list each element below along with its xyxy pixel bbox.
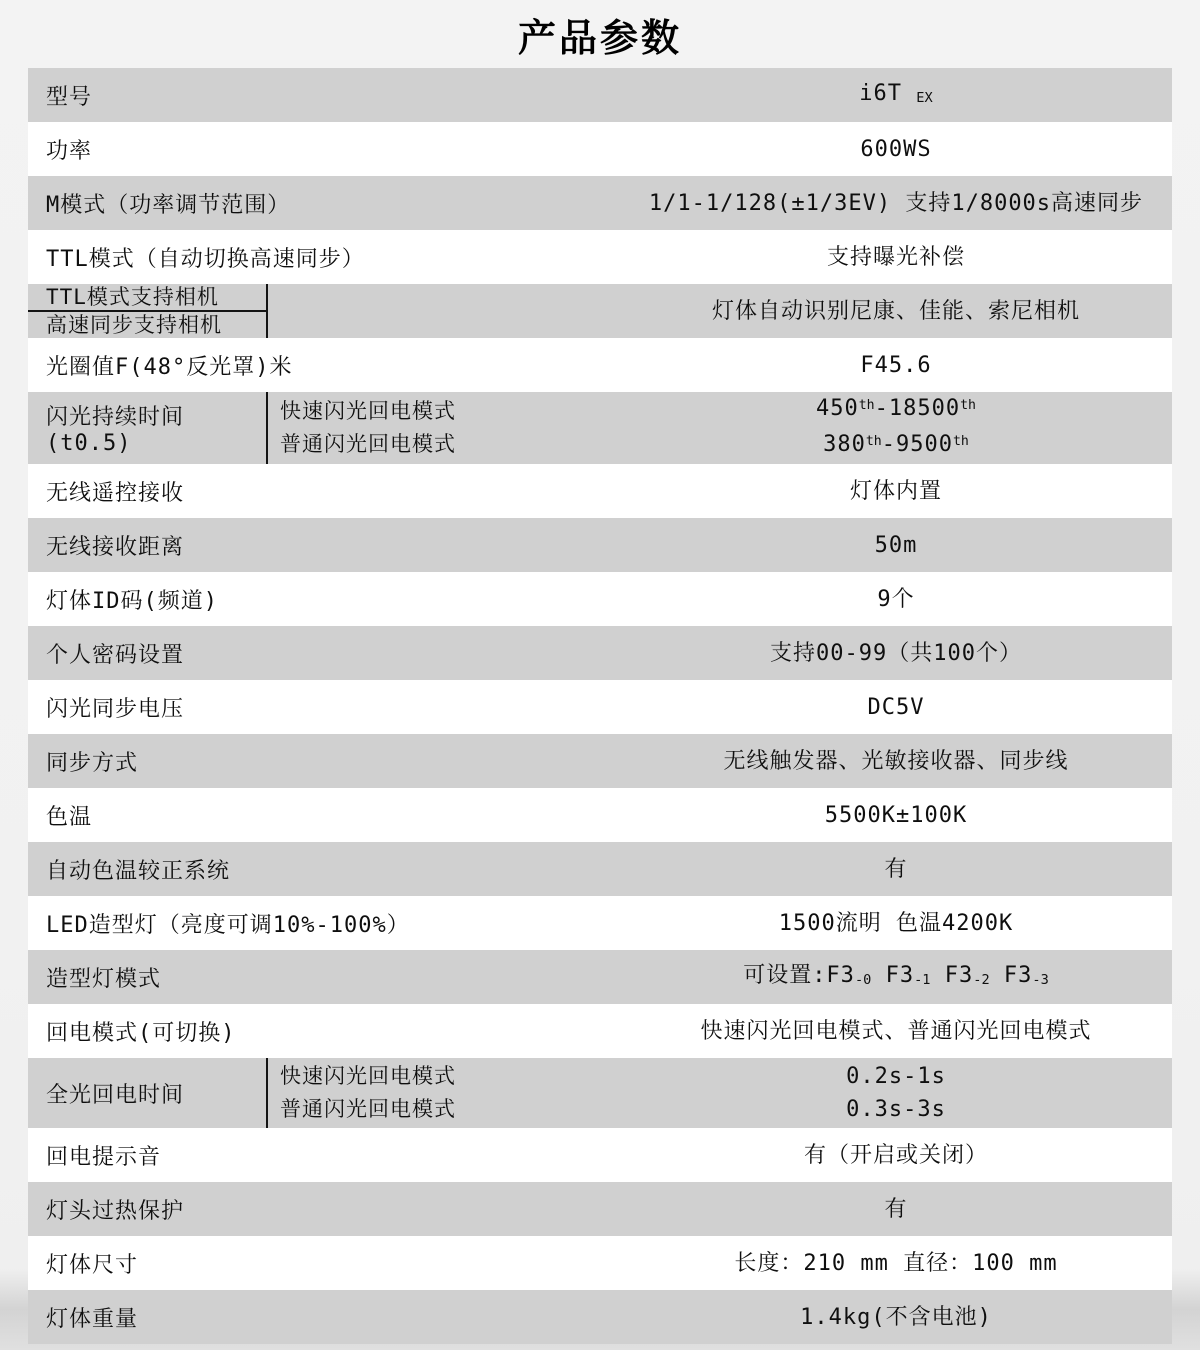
spec-label: 功率 [28,122,620,176]
spec-label: 色温 [28,788,620,842]
spec-label: 光圈值F(48°反光罩)米 [28,338,620,392]
spec-value-text: 可设置:F3-0 F3-1 F3-2 F3-3 [620,959,1172,995]
spec-row: M模式（功率调节范围）1/1-1/128(±1/3EV) 支持1/8000s高速… [28,176,1172,230]
spec-value-text: 0.3s-3s [620,1093,1172,1126]
spec-label: 回电模式(可切换) [28,1004,620,1058]
spec-label: 灯体重量 [28,1290,620,1344]
spec-value-text: 有 [620,1193,1172,1226]
spec-value: 快速闪光回电模式、普通闪光回电模式 [620,1004,1172,1058]
spec-label: M模式（功率调节范围） [28,176,620,230]
spec-sublabel: 快速闪光回电模式 [280,1060,620,1093]
spec-value: i6T EX [620,68,1172,122]
spec-row: 自动色温较正系统有 [28,842,1172,896]
spec-value-text: 无线触发器、光敏接收器、同步线 [620,745,1172,778]
spec-row: 回电模式(可切换)快速闪光回电模式、普通闪光回电模式 [28,1004,1172,1058]
spec-label: TTL模式支持相机 [28,284,266,312]
spec-label: 灯体尺寸 [28,1236,620,1290]
spec-value: 9个 [620,572,1172,626]
spec-sublabel: 快速闪光回电模式 [280,395,620,428]
spec-value-text: 0.2s-1s [620,1060,1172,1093]
spec-value-text: 1.4kg(不含电池) [620,1301,1172,1334]
spec-value-text: 450th-18500th [620,392,1172,428]
spec-value-text: 长度：210 mm 直径：100 mm [620,1247,1172,1280]
spec-row: 闪光同步电压DC5V [28,680,1172,734]
spec-value: DC5V [620,680,1172,734]
spec-value: 支持曝光补偿 [620,230,1172,284]
spec-sublabels: 快速闪光回电模式普通闪光回电模式 [268,1058,620,1128]
spec-value: 有 [620,1182,1172,1236]
spec-value: 0.2s-1s0.3s-3s [620,1058,1172,1128]
spec-value-text: DC5V [620,691,1172,724]
spec-value: 1500流明 色温4200K [620,896,1172,950]
page-title: 产品参数 [0,0,1200,68]
spec-row: 造型灯模式可设置:F3-0 F3-1 F3-2 F3-3 [28,950,1172,1004]
spec-value-text: 600WS [620,133,1172,166]
spec-row: 灯体ID码(频道)9个 [28,572,1172,626]
spec-value-text: 快速闪光回电模式、普通闪光回电模式 [620,1015,1172,1048]
spec-value: F45.6 [620,338,1172,392]
spec-row: 个人密码设置支持00-99（共100个） [28,626,1172,680]
spec-row: TTL模式（自动切换高速同步）支持曝光补偿 [28,230,1172,284]
spec-label: TTL模式（自动切换高速同步） [28,230,620,284]
spec-sublabels: 快速闪光回电模式普通闪光回电模式 [268,392,620,464]
spec-value-text: 灯体内置 [620,475,1172,508]
spec-row: 全光回电时间快速闪光回电模式普通闪光回电模式0.2s-1s0.3s-3s [28,1058,1172,1128]
spec-row: 功率600WS [28,122,1172,176]
spec-value: 450th-18500th380th-9500th [620,392,1172,464]
spec-sublabel: 普通闪光回电模式 [280,1093,620,1126]
spec-value: 灯体内置 [620,464,1172,518]
spec-value: 可设置:F3-0 F3-1 F3-2 F3-3 [620,950,1172,1004]
spec-label: 同步方式 [28,734,620,788]
spec-label: 个人密码设置 [28,626,620,680]
spec-value-text: 9个 [620,583,1172,616]
spec-label: 无线遥控接收 [28,464,620,518]
spec-row: 回电提示音有（开启或关闭） [28,1128,1172,1182]
spec-value-text: 灯体自动识别尼康、佳能、索尼相机 [620,295,1172,328]
spec-label: 回电提示音 [28,1128,620,1182]
spec-value: 5500K±100K [620,788,1172,842]
spec-value: 1.4kg(不含电池) [620,1290,1172,1344]
spec-row: 无线遥控接收灯体内置 [28,464,1172,518]
spec-value: 长度：210 mm 直径：100 mm [620,1236,1172,1290]
spec-table: 型号i6T EX功率600WSM模式（功率调节范围）1/1-1/128(±1/3… [28,68,1172,1344]
spec-value-text: i6T EX [620,77,1172,113]
spec-row: 灯头过热保护有 [28,1182,1172,1236]
spec-label: 自动色温较正系统 [28,842,620,896]
spec-row: TTL模式支持相机高速同步支持相机灯体自动识别尼康、佳能、索尼相机 [28,284,1172,338]
spec-row: 型号i6T EX [28,68,1172,122]
spec-row: LED造型灯（亮度可调10%-100%）1500流明 色温4200K [28,896,1172,950]
spec-row: 同步方式无线触发器、光敏接收器、同步线 [28,734,1172,788]
spec-value-text: F45.6 [620,349,1172,382]
spec-row: 灯体重量1.4kg(不含电池) [28,1290,1172,1344]
spec-label: 造型灯模式 [28,950,620,1004]
spec-value-text: 支持00-99（共100个） [620,637,1172,670]
spec-label: 闪光同步电压 [28,680,620,734]
spec-label: 灯头过热保护 [28,1182,620,1236]
spec-label: 高速同步支持相机 [28,312,266,338]
spec-value-text: 380th-9500th [620,428,1172,464]
spec-value-text: 有 [620,853,1172,886]
spacer [268,284,620,338]
spec-value: 有（开启或关闭） [620,1128,1172,1182]
spec-label: 灯体ID码(频道) [28,572,620,626]
spec-sublabel: 普通闪光回电模式 [280,428,620,461]
spec-value-text: 50m [620,529,1172,562]
spec-row: 色温5500K±100K [28,788,1172,842]
spec-value: 灯体自动识别尼康、佳能、索尼相机 [620,284,1172,338]
spec-value-text: 1/1-1/128(±1/3EV) 支持1/8000s高速同步 [620,187,1172,220]
spec-value: 1/1-1/128(±1/3EV) 支持1/8000s高速同步 [620,176,1172,230]
spec-value-text: 有（开启或关闭） [620,1139,1172,1172]
spec-value-text: 5500K±100K [620,799,1172,832]
spec-label: 无线接收距离 [28,518,620,572]
spec-value: 50m [620,518,1172,572]
spec-label-stack: TTL模式支持相机高速同步支持相机 [28,284,266,338]
spec-label: LED造型灯（亮度可调10%-100%） [28,896,620,950]
spec-row: 无线接收距离50m [28,518,1172,572]
spec-row: 闪光持续时间(t0.5)快速闪光回电模式普通闪光回电模式450th-18500t… [28,392,1172,464]
spec-row: 灯体尺寸长度：210 mm 直径：100 mm [28,1236,1172,1290]
spec-value: 有 [620,842,1172,896]
spec-label: 闪光持续时间(t0.5) [28,392,266,464]
spec-value: 支持00-99（共100个） [620,626,1172,680]
spec-value-text: 支持曝光补偿 [620,241,1172,274]
spec-label: 型号 [28,68,620,122]
spec-value: 600WS [620,122,1172,176]
spec-label: 全光回电时间 [28,1058,266,1128]
spec-row: 光圈值F(48°反光罩)米F45.6 [28,338,1172,392]
spec-value: 无线触发器、光敏接收器、同步线 [620,734,1172,788]
spec-value-text: 1500流明 色温4200K [620,907,1172,940]
